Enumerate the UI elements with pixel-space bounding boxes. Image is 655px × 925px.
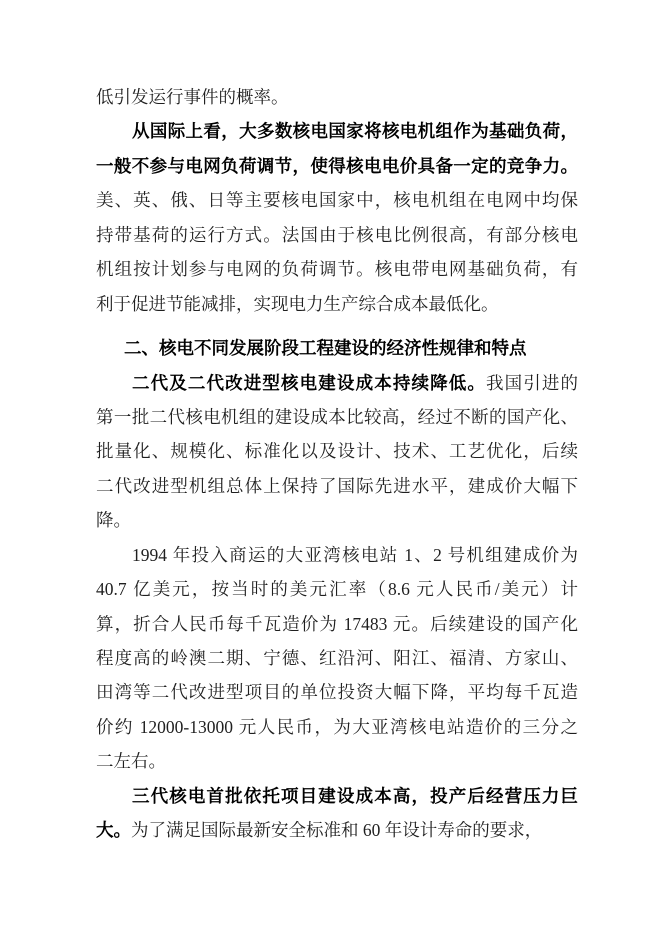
text-line: 40.7 亿美元，按当时的美元汇率（8.6 元人民币/美元）计 xyxy=(96,572,578,606)
heading-run: 二、核电不同发展阶段工程建设的经济性规律和特点 xyxy=(124,338,527,358)
text-line: 降。 xyxy=(96,503,578,537)
text-line: 一般不参与电网负荷调节，使得核电电价具备一定的竞争力。 xyxy=(96,149,578,183)
text-run: 二左右。 xyxy=(96,751,166,771)
text-line: 价约 12000-13000 元人民币，为大亚湾核电站造价的三分之 xyxy=(96,710,578,744)
text-run: 40.7 亿美元，按当时的美元汇率（8.6 元人民币/美元）计 xyxy=(96,579,578,599)
document-page: 低引发运行事件的概率。 从国际上看，大多数核电国家将核电机组作为基础负荷， 一般… xyxy=(0,0,655,925)
text-run: 我国引进的 xyxy=(486,373,578,393)
paragraph: 二、核电不同发展阶段工程建设的经济性规律和特点 xyxy=(96,331,578,365)
text-line: 利于促进节能减排，实现电力生产综合成本最低化。 xyxy=(96,287,578,321)
text-line: 二代改进型机组总体上保持了国际先进水平，建成价大幅下 xyxy=(96,469,578,503)
bold-run: 一般不参与电网负荷调节，使得核电电价具备一定的竞争力。 xyxy=(96,156,578,176)
text-run: 为了满足国际最新安全标准和 60 年设计寿命的要求， xyxy=(131,820,542,840)
text-line: 二左右。 xyxy=(96,744,578,778)
bold-run: 大。 xyxy=(96,820,131,840)
paragraph: 1994 年投入商运的大亚湾核电站 1、2 号机组建成价为 40.7 亿美元，按… xyxy=(96,538,578,779)
text-run: 低引发运行事件的概率。 xyxy=(96,87,289,107)
text-line: 美、英、俄、日等主要核电国家中，核电机组在电网中均保 xyxy=(96,183,578,217)
text-run: 算，折合人民币每千瓦造价为 17483 元。后续建设的国产化 xyxy=(96,614,578,634)
section-heading: 二、核电不同发展阶段工程建设的经济性规律和特点 xyxy=(96,331,578,365)
text-run: 程度高的岭澳二期、宁德、红沿河、阳江、福清、方家山、 xyxy=(96,648,578,668)
bold-run: 从国际上看，大多数核电国家将核电机组作为基础负荷， xyxy=(132,121,578,141)
text-run: 价约 12000-13000 元人民币，为大亚湾核电站造价的三分之 xyxy=(96,717,578,737)
text-run: 批量化、规模化、标准化以及设计、技术、工艺优化，后续 xyxy=(96,441,578,461)
paragraph: 三代核电首批依托项目建设成本高，投产后经营压力巨 大。为了满足国际最新安全标准和… xyxy=(96,779,578,848)
text-line: 二代及二代改进型核电建设成本持续降低。我国引进的 xyxy=(96,366,578,400)
text-block: 低引发运行事件的概率。 从国际上看，大多数核电国家将核电机组作为基础负荷， 一般… xyxy=(96,80,578,848)
text-run: 机组按计划参与电网的负荷调节。核电带电网基础负荷，有 xyxy=(96,259,578,279)
text-run: 利于促进节能减排，实现电力生产综合成本最低化。 xyxy=(96,294,499,314)
text-run: 田湾等二代改进型项目的单位投资大幅下降，平均每千瓦造 xyxy=(96,682,578,702)
text-line: 算，折合人民币每千瓦造价为 17483 元。后续建设的国产化 xyxy=(96,607,578,641)
text-run: 持带基荷的运行方式。法国由于核电比例很高，有部分核电 xyxy=(96,225,578,245)
text-line: 大。为了满足国际最新安全标准和 60 年设计寿命的要求， xyxy=(96,813,578,847)
text-line: 第一批二代核电机组的建设成本比较高，经过不断的国产化、 xyxy=(96,400,578,434)
text-line: 持带基荷的运行方式。法国由于核电比例很高，有部分核电 xyxy=(96,218,578,252)
text-line: 三代核电首批依托项目建设成本高，投产后经营压力巨 xyxy=(96,779,578,813)
text-line: 从国际上看，大多数核电国家将核电机组作为基础负荷， xyxy=(96,114,578,148)
text-line: 程度高的岭澳二期、宁德、红沿河、阳江、福清、方家山、 xyxy=(96,641,578,675)
text-run: 降。 xyxy=(96,510,131,530)
text-run: 第一批二代核电机组的建设成本比较高，经过不断的国产化、 xyxy=(96,407,578,427)
paragraph: 从国际上看，大多数核电国家将核电机组作为基础负荷， 一般不参与电网负荷调节，使得… xyxy=(96,114,578,321)
text-line: 批量化、规模化、标准化以及设计、技术、工艺优化，后续 xyxy=(96,434,578,468)
paragraph: 二代及二代改进型核电建设成本持续降低。我国引进的 第一批二代核电机组的建设成本比… xyxy=(96,366,578,538)
text-line: 低引发运行事件的概率。 xyxy=(96,80,578,114)
text-line: 田湾等二代改进型项目的单位投资大幅下降，平均每千瓦造 xyxy=(96,675,578,709)
bold-run: 二代及二代改进型核电建设成本持续降低。 xyxy=(132,373,486,393)
paragraph: 低引发运行事件的概率。 xyxy=(96,80,578,114)
text-line: 1994 年投入商运的大亚湾核电站 1、2 号机组建成价为 xyxy=(96,538,578,572)
text-line: 机组按计划参与电网的负荷调节。核电带电网基础负荷，有 xyxy=(96,252,578,286)
bold-run: 三代核电首批依托项目建设成本高，投产后经营压力巨 xyxy=(132,786,578,806)
text-run: 1994 年投入商运的大亚湾核电站 1、2 号机组建成价为 xyxy=(132,545,578,565)
text-run: 美、英、俄、日等主要核电国家中，核电机组在电网中均保 xyxy=(96,190,578,210)
text-run: 二代改进型机组总体上保持了国际先进水平，建成价大幅下 xyxy=(96,476,578,496)
